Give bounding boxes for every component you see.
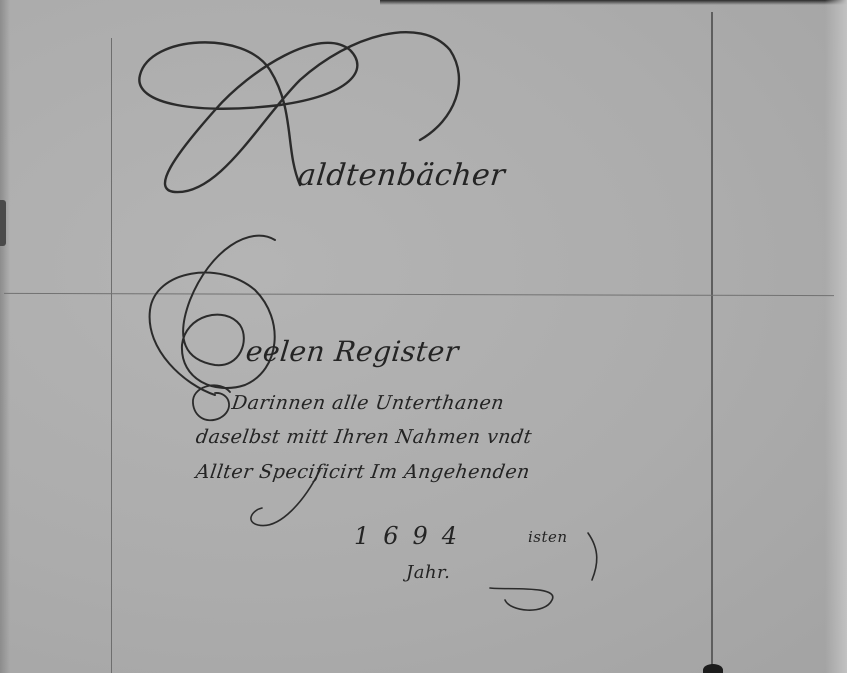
scan-top-shadow bbox=[380, 0, 847, 5]
manuscript-page: aldtenbächer eelen Register Darinnen all… bbox=[0, 0, 847, 673]
heading-line-2: eelen Register bbox=[244, 335, 460, 368]
heading-line-1: aldtenbächer bbox=[296, 158, 507, 193]
closing-jahr-text: Jahr. bbox=[406, 562, 450, 583]
isten-tail bbox=[588, 533, 597, 580]
closing-swash bbox=[490, 588, 553, 610]
initial-d-flourish bbox=[193, 385, 230, 420]
binding-tab-mark bbox=[0, 200, 6, 246]
year-text: 1694 bbox=[354, 522, 471, 550]
heading-line-1-text: aldtenbächer bbox=[296, 158, 507, 193]
heading-line-2-text: eelen Register bbox=[244, 335, 460, 368]
page-left-edge bbox=[0, 0, 10, 673]
year-suffix-text: isten bbox=[528, 528, 568, 546]
body-line-3: Allter Specificirt Im Angehenden bbox=[194, 461, 531, 483]
page-right-edge bbox=[825, 0, 847, 673]
initial-s-flourish bbox=[150, 236, 275, 395]
right-margin-rule bbox=[711, 12, 713, 673]
body-line-1: Darinnen alle Unterthanen bbox=[230, 392, 505, 414]
horizontal-fold-rule bbox=[4, 293, 834, 296]
ink-blot bbox=[703, 664, 723, 673]
body-line-2: daselbst mitt Ihren Nahmen vndt bbox=[194, 426, 533, 448]
left-margin-rule bbox=[111, 38, 112, 673]
